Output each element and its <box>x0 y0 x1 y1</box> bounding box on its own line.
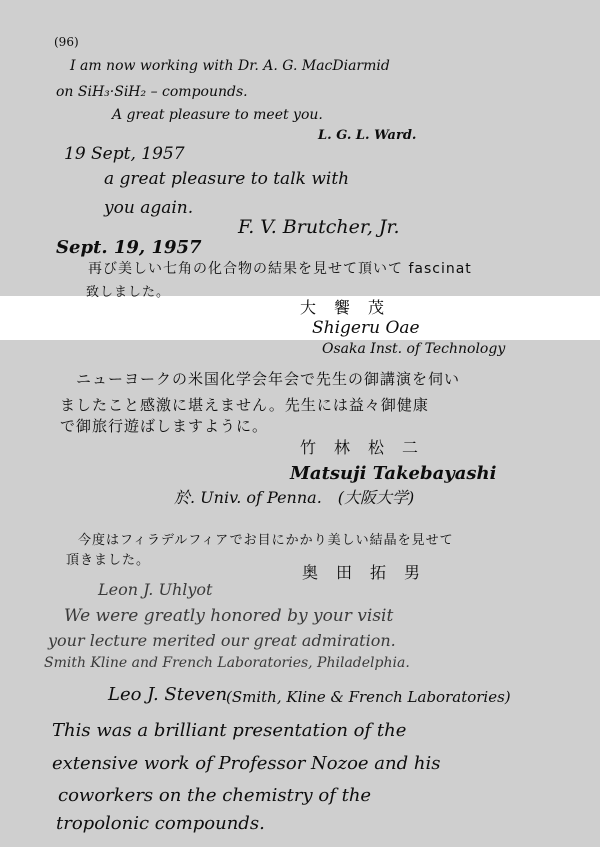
entry-text-line: you again. <box>104 200 193 217</box>
signature: Matsuji Takebayashi <box>290 465 496 483</box>
signature: Leon J. Uhlyot <box>98 582 212 598</box>
entry-text-line: on SiH₃·SiH₂ – compounds. <box>56 85 248 99</box>
signature: Leo J. Steven <box>108 686 227 704</box>
affiliation: 於. Univ. of Penna. (大阪大学) <box>174 490 414 506</box>
entry-date: Sept. 19, 1957 <box>56 239 202 257</box>
entry-date: 19 Sept, 1957 <box>64 146 185 163</box>
entry-text-line: 再び美しい七角の化合物の結果を見せて頂いて fascinat <box>88 262 472 276</box>
signature: Shigeru Oae <box>312 320 420 337</box>
entry-text-line: ましたこと感激に堪えません。先生には益々御健康 <box>60 398 429 413</box>
signature: F. V. Brutcher, Jr. <box>238 218 400 237</box>
entry-text-line: This was a brilliant presentation of the <box>52 722 406 740</box>
entry-text-line: A great pleasure to meet you. <box>112 108 323 122</box>
entry-text-line: 今度はフィラデルフィアでお目にかかり美しい結晶を見せて <box>78 534 454 547</box>
signature-kanji: 竹 林 松 二 <box>300 440 419 456</box>
entry-text-line: I am now working with Dr. A. G. MacDiarm… <box>70 59 390 73</box>
entry-text-line: ニューヨークの米国化学会年会で先生の御講演を伺い <box>76 372 460 387</box>
entry-text-line: your lecture merited our great admiratio… <box>48 633 396 649</box>
entry-text-line: We were greatly honored by your visit <box>64 608 393 625</box>
signature-kanji: 奥 田 拓 男 <box>302 565 421 581</box>
signature: L. G. L. Ward. <box>318 129 416 142</box>
entry-text-line: で御旅行遊ばしますように。 <box>60 419 268 434</box>
page-number: (96) <box>54 36 79 48</box>
entry-text-line: a great pleasure to talk with <box>104 171 349 188</box>
entry-text-line: 致しました。 <box>86 286 170 299</box>
entry-text-line: 頂きました。 <box>66 554 150 567</box>
entry-text-line: extensive work of Professor Nozoe and hi… <box>52 755 440 773</box>
signature-kanji: 大 饗 茂 <box>300 300 385 316</box>
affiliation: (Smith, Kline & French Laboratories) <box>226 690 511 705</box>
entry-text-line: tropolonic compounds. <box>56 815 265 833</box>
entry-text-line: coworkers on the chemistry of the <box>58 787 371 805</box>
entry-text-line: Smith Kline and French Laboratories, Phi… <box>44 656 410 670</box>
affiliation: Osaka Inst. of Technology <box>322 342 505 356</box>
